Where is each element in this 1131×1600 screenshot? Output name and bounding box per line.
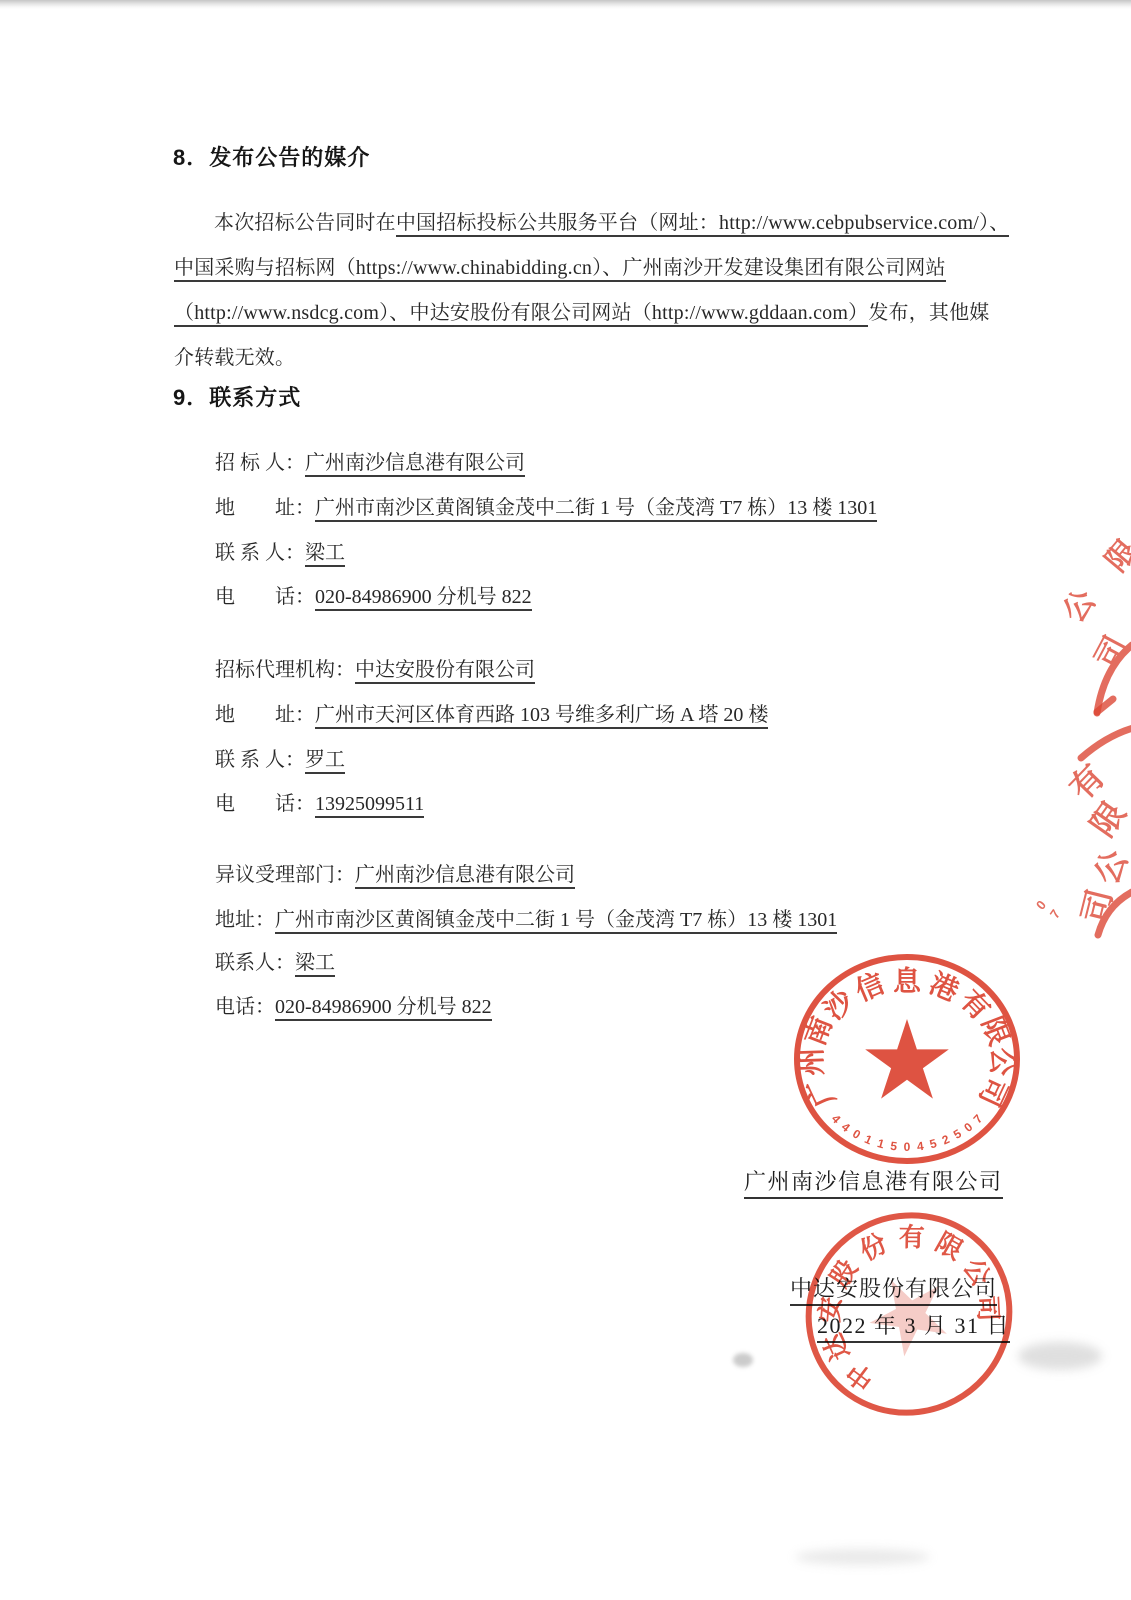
svg-text:4: 4 xyxy=(916,1139,925,1154)
contact-row-agency: 招标代理机构：中达安股份有限公司 xyxy=(215,653,535,682)
field-label: 地 址： xyxy=(215,497,315,519)
svg-text:2: 2 xyxy=(940,1132,952,1148)
field-value: 广州市天河区体育西路 103 号维多利广场 A 塔 20 楼 xyxy=(315,704,768,729)
svg-text:公: 公 xyxy=(986,1047,1018,1076)
contact-row-person: 联系人：梁工 xyxy=(215,946,335,975)
svg-text:5: 5 xyxy=(951,1126,964,1142)
svg-text:公: 公 xyxy=(1056,583,1103,629)
scan-smudge xyxy=(733,1353,753,1367)
svg-text:4: 4 xyxy=(839,1120,853,1135)
field-label: 联系人： xyxy=(215,952,295,974)
svg-text:1: 1 xyxy=(876,1136,887,1151)
paragraph-line: 介转载无效。 xyxy=(174,341,295,370)
seal-layer: 广州南沙信息港有限公司4401150452507中达安股份有限公司限公司有限公司… xyxy=(0,0,1131,1600)
paragraph-line: 本次招标公告同时在中国招标投标公共服务平台（网址：http://www.cebp… xyxy=(174,206,1009,235)
signature-date: 2022 年 3 月 31 日 xyxy=(817,1309,1010,1343)
svg-text:南: 南 xyxy=(799,1012,838,1049)
field-label: 联 系 人： xyxy=(215,749,305,771)
scan-smudge xyxy=(1018,1342,1102,1370)
field-value: 020-84986900 分机号 822 xyxy=(315,586,532,611)
svg-text:沙: 沙 xyxy=(818,983,860,1025)
contact-row-address: 地址：广州市南沙区黄阁镇金茂中二街 1 号（金茂湾 T7 栋）13 楼 1301 xyxy=(215,903,837,932)
field-label: 地 址： xyxy=(215,704,315,726)
contact-row-phone: 电 话：13925099511 xyxy=(215,787,424,816)
svg-text:0: 0 xyxy=(1033,897,1049,912)
field-value: 中达安股份有限公司 xyxy=(355,659,535,684)
svg-text:7: 7 xyxy=(1047,907,1063,922)
svg-text:0: 0 xyxy=(850,1126,863,1142)
svg-text:司: 司 xyxy=(1088,630,1131,674)
field-value: 罗工 xyxy=(305,749,345,774)
svg-text:限: 限 xyxy=(1100,534,1131,578)
field-value: 广州南沙信息港有限公司 xyxy=(305,452,525,477)
field-label: 电 话： xyxy=(215,586,315,608)
svg-text:5: 5 xyxy=(890,1139,899,1154)
field-value: 广州市南沙区黄阁镇金茂中二街 1 号（金茂湾 T7 栋）13 楼 1301 xyxy=(275,909,837,934)
svg-text:限: 限 xyxy=(976,1012,1015,1049)
svg-text:份: 份 xyxy=(855,1228,892,1267)
svg-text:中: 中 xyxy=(841,1357,880,1397)
svg-text:司: 司 xyxy=(1075,886,1119,927)
media-platform-link-text: （http://www.nsdcg.com）、中达安股份有限公司网站（http:… xyxy=(174,302,868,327)
field-label: 招标代理机构： xyxy=(215,659,355,681)
scan-edge xyxy=(0,0,1131,9)
svg-text:息: 息 xyxy=(893,965,922,997)
field-label: 地址： xyxy=(215,909,275,931)
field-label: 电 话： xyxy=(215,793,315,815)
para-text: 本次招标公告同时在 xyxy=(214,212,396,234)
ghost-stamp-lower: 有限公司07 xyxy=(1033,699,1131,935)
svg-text:有: 有 xyxy=(898,1222,924,1252)
ghost-stamp-upper: 限公司 xyxy=(1056,534,1131,713)
field-label: 异议受理部门： xyxy=(215,864,355,886)
field-label: 电话： xyxy=(215,996,275,1018)
field-value: 梁工 xyxy=(295,952,335,977)
contact-row-objection-dept: 异议受理部门：广州南沙信息港有限公司 xyxy=(215,858,575,887)
svg-text:广: 广 xyxy=(801,1073,841,1111)
section-8-heading: 8．发布公告的媒介 xyxy=(173,141,370,172)
svg-text:州: 州 xyxy=(796,1047,828,1076)
section-9-heading: 9．联系方式 xyxy=(173,381,301,412)
svg-text:有: 有 xyxy=(954,984,996,1026)
svg-text:港: 港 xyxy=(925,967,963,1006)
field-label: 联 系 人： xyxy=(215,542,305,564)
svg-text:0: 0 xyxy=(904,1140,911,1154)
svg-text:0: 0 xyxy=(961,1120,975,1135)
contact-row-phone: 电 话：020-84986900 分机号 822 xyxy=(215,580,532,609)
svg-text:司: 司 xyxy=(973,1073,1013,1111)
media-platform-link-text: 中国采购与招标网（https://www.chinabidding.cn）、广州… xyxy=(174,257,946,282)
field-value: 广州市南沙区黄阁镇金茂中二街 1 号（金茂湾 T7 栋）13 楼 1301 xyxy=(315,497,877,522)
svg-text:信: 信 xyxy=(851,967,889,1007)
tenderer-company-seal: 广州南沙信息港有限公司4401150452507 xyxy=(796,957,1018,1161)
scan-smudge xyxy=(795,1549,930,1565)
contact-row-person: 联 系 人：罗工 xyxy=(215,743,345,772)
svg-text:7: 7 xyxy=(971,1112,986,1127)
contact-row-phone: 电话：020-84986900 分机号 822 xyxy=(215,990,492,1019)
svg-text:限: 限 xyxy=(931,1227,968,1266)
contact-row-address: 地 址：广州市天河区体育西路 103 号维多利广场 A 塔 20 楼 xyxy=(215,698,768,727)
svg-text:5: 5 xyxy=(928,1136,939,1151)
svg-text:有: 有 xyxy=(1062,757,1112,806)
svg-text:公: 公 xyxy=(1087,844,1131,889)
field-value: 020-84986900 分机号 822 xyxy=(275,996,492,1021)
svg-text:1: 1 xyxy=(862,1132,874,1148)
para-text: 介转载无效。 xyxy=(174,347,295,369)
paragraph-line: （http://www.nsdcg.com）、中达安股份有限公司网站（http:… xyxy=(174,296,990,325)
svg-text:4: 4 xyxy=(829,1112,844,1127)
field-value: 13925099511 xyxy=(315,793,424,818)
para-text: 发布，其他媒 xyxy=(868,302,989,324)
field-value: 梁工 xyxy=(305,542,345,567)
field-label: 招 标 人： xyxy=(215,452,305,474)
media-platform-link-text: 中国招标投标公共服务平台（网址：http://www.cebpubservice… xyxy=(396,212,1010,237)
field-value: 广州南沙信息港有限公司 xyxy=(355,864,575,889)
svg-text:限: 限 xyxy=(1083,795,1131,843)
contact-row-tenderer: 招 标 人：广州南沙信息港有限公司 xyxy=(215,446,525,475)
contact-row-address: 地 址：广州市南沙区黄阁镇金茂中二街 1 号（金茂湾 T7 栋）13 楼 130… xyxy=(215,491,877,520)
document-page: 8．发布公告的媒介 本次招标公告同时在中国招标投标公共服务平台（网址：http:… xyxy=(0,0,1131,1600)
contact-row-person: 联 系 人：梁工 xyxy=(215,536,345,565)
tenderer-signature-line: 广州南沙信息港有限公司 xyxy=(744,1165,1003,1199)
paragraph-line: 中国采购与招标网（https://www.chinabidding.cn）、广州… xyxy=(174,251,946,280)
agency-signature-line: 中达安股份有限公司 xyxy=(790,1272,997,1306)
